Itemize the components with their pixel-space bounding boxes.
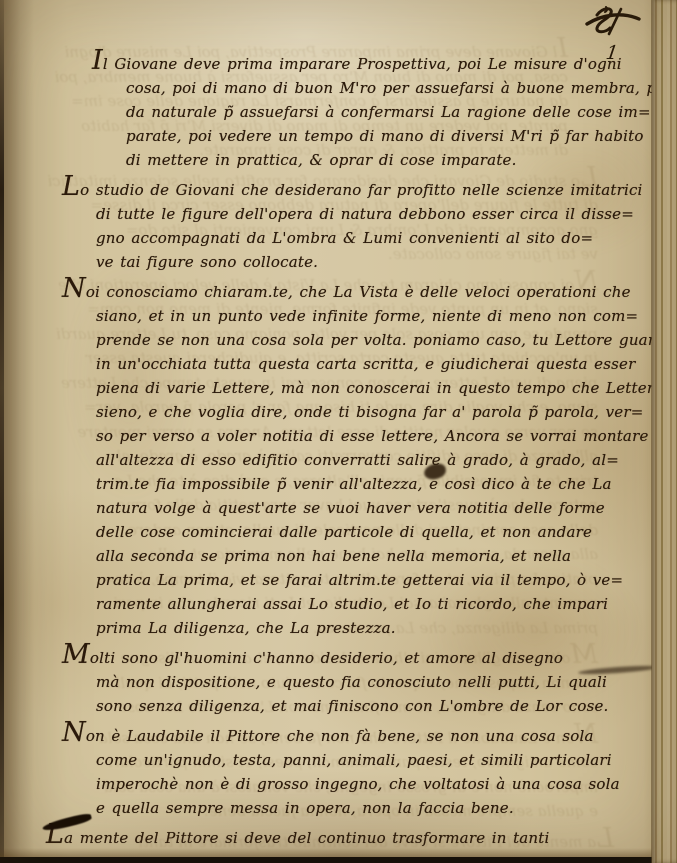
manuscript-line: natura volge à quest'arte se vuoi haver … xyxy=(62,496,658,520)
manuscript-line: come un'ignudo, testa, panni, animali, p… xyxy=(62,748,658,772)
manuscript-line: La mente del Pittore si deve del continu… xyxy=(46,826,658,850)
manuscript-line: imperochè non è di grosso ingegno, che v… xyxy=(62,772,658,796)
manuscript-line: ve tai figure sono collocate. xyxy=(62,250,658,274)
folio-marks: 1 xyxy=(577,6,647,64)
manuscript-line: Il Giovane deve prima imparare Prospetti… xyxy=(92,52,658,76)
manuscript-line: ramente allungherai assai Lo studio, et … xyxy=(62,592,658,616)
manuscript-line: cosa, poi di mano di buon M'ro per assue… xyxy=(92,76,658,100)
manuscript-paragraph: La mente del Pittore si deve del continu… xyxy=(46,826,658,850)
manuscript-line: di tutte le figure dell'opera di natura … xyxy=(62,202,658,226)
manuscript-line: siano, et in un punto vede infinite form… xyxy=(62,304,658,328)
manuscript-line: Molti sono gl'huomini c'hanno desiderio,… xyxy=(62,646,658,670)
manuscript-line: sono senza diligenza, et mai finiscono c… xyxy=(62,694,658,718)
manuscript-page: Il Giovane deve prima imparare Prospetti… xyxy=(0,0,677,863)
manuscript-line: pratica La prima, et se farai altrim.te … xyxy=(62,568,658,592)
page-edge-bottom xyxy=(0,857,677,863)
manuscript-line: e quella sempre messa in opera, non la f… xyxy=(62,796,658,820)
paraph-mark-icon xyxy=(583,6,641,40)
manuscript-line: Noi conosciamo chiaram.te, che La Vista … xyxy=(62,280,658,304)
page-edge-bottom-shade xyxy=(0,848,677,857)
folio-number: 1 xyxy=(575,42,648,64)
page-edge-left xyxy=(0,0,4,863)
manuscript-line: mà non dispositione, e questo fia conosc… xyxy=(62,670,658,694)
manuscript-paragraph: Lo studio de Giovani che desiderano far … xyxy=(62,178,658,274)
manuscript-paragraph: Non è Laudabile il Pittore che non fà be… xyxy=(62,724,658,820)
page-stack-right xyxy=(652,0,677,863)
manuscript-line: parate, poi vedere un tempo di mano di d… xyxy=(92,124,658,148)
manuscript-line: Lo studio de Giovani che desiderano far … xyxy=(62,178,658,202)
manuscript-line: gno accompagnati da L'ombra & Lumi conve… xyxy=(62,226,658,250)
manuscript-line: di mettere in prattica, & oprar di cose … xyxy=(92,148,658,172)
manuscript-line: da naturale p̃ assuefarsi à confermarsi … xyxy=(92,100,658,124)
manuscript-paragraph: Il Giovane deve prima imparare Prospetti… xyxy=(92,52,658,172)
manuscript-line: prende se non una cosa sola per volta. p… xyxy=(62,328,658,352)
manuscript-line: trim.te fia impossibile p̃ venir all'alt… xyxy=(62,472,658,496)
manuscript-line: so per verso a voler notitia di esse let… xyxy=(62,424,658,448)
gutter-shadow xyxy=(0,0,34,863)
manuscript-line: all'altezza di esso edifitio converratti… xyxy=(62,448,658,472)
manuscript-line: piena di varie Lettere, mà non conoscera… xyxy=(62,376,658,400)
manuscript-line: prima La diligenza, che La prestezza. xyxy=(62,616,658,640)
manuscript-line: delle cose comincierai dalle particole d… xyxy=(62,520,658,544)
manuscript-line: in un'occhiata tutta questa carta scritt… xyxy=(62,352,658,376)
manuscript-text: Il Giovane deve prima imparare Prospetti… xyxy=(62,52,658,856)
manuscript-line: sieno, e che voglia dire, onde ti bisogn… xyxy=(62,400,658,424)
manuscript-line: alla seconda se prima non hai bene nella… xyxy=(62,544,658,568)
manuscript-line: Non è Laudabile il Pittore che non fà be… xyxy=(62,724,658,748)
manuscript-paragraph: Molti sono gl'huomini c'hanno desiderio,… xyxy=(62,646,658,718)
manuscript-paragraph: Noi conosciamo chiaram.te, che La Vista … xyxy=(62,280,658,640)
